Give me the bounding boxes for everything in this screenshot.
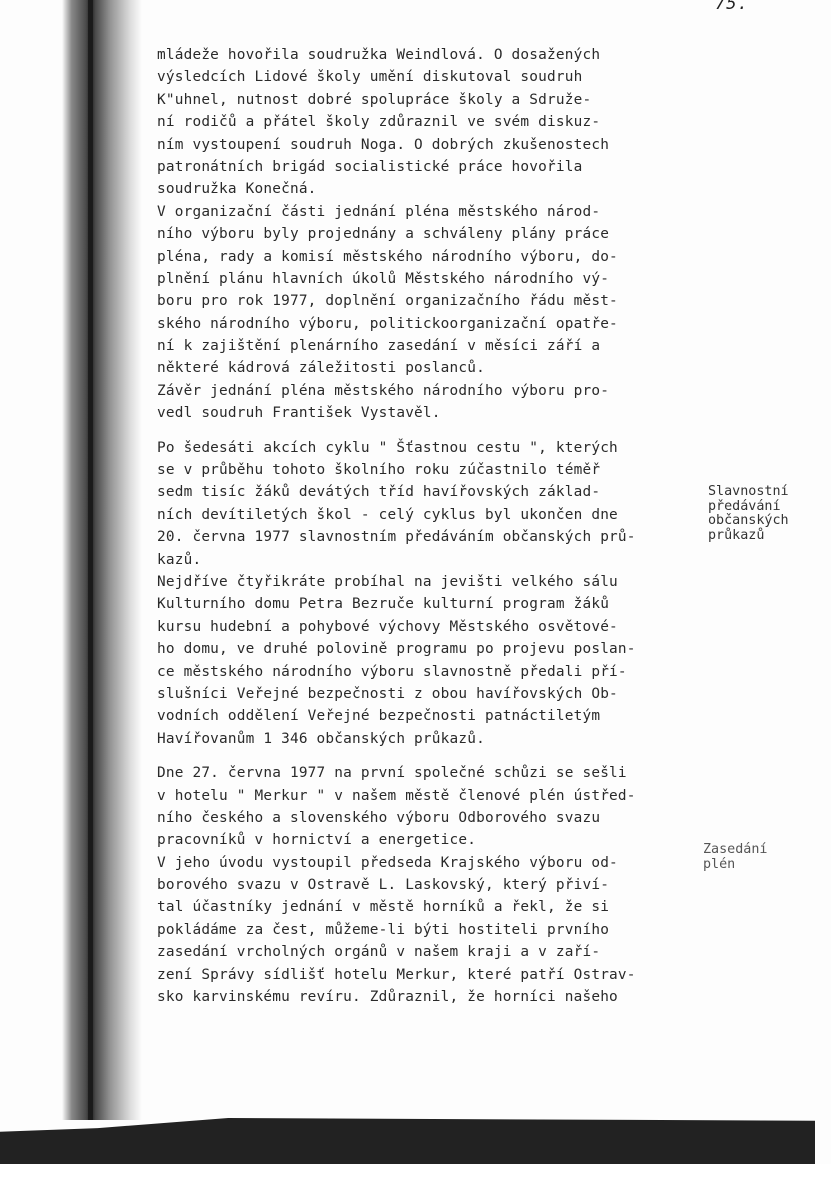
text-line: sedm tisíc žáků devátých tříd havířovský…: [157, 481, 702, 503]
text-line: K"uhnel, nutnost dobré spolupráce školy …: [157, 89, 702, 111]
paragraph: Dne 27. června 1977 na první společné sc…: [157, 762, 702, 852]
text-line: některé kádrová záležitosti poslanců.: [157, 357, 702, 379]
text-line: Nejdříve čtyřikráte probíhal na jevišti …: [157, 571, 702, 593]
text-line: 20. června 1977 slavnostním předáváním o…: [157, 526, 702, 548]
paragraph: Závěr jednání pléna městského národního …: [157, 380, 702, 425]
text-line: zasedání vrcholných orgánů v našem kraji…: [157, 941, 702, 963]
text-line: plnění plánu hlavních úkolů Městského ná…: [157, 268, 702, 290]
text-line: se v průběhu tohoto školního roku zúčast…: [157, 459, 702, 481]
scanned-page: 75. mládeže hovořila soudružka Weindlová…: [0, 0, 831, 1177]
paragraph: V organizační části jednání pléna městsk…: [157, 201, 702, 380]
binding-line: [88, 0, 93, 1120]
text-line: vedl soudruh František Vystavěl.: [157, 402, 702, 424]
paragraph: mládeže hovořila soudružka Weindlová. O …: [157, 44, 702, 201]
scan-margin: [0, 1164, 831, 1177]
text-line: v hotelu " Merkur " v našem městě členov…: [157, 785, 702, 807]
text-line: výsledcích Lidové školy umění diskutoval…: [157, 66, 702, 88]
margin-note-plenary-session: Zasedání plén: [703, 843, 768, 872]
text-line: vodních oddělení Veřejné bezpečnosti pat…: [157, 705, 702, 727]
text-line: ní rodičů a přátel školy zdůraznil ve sv…: [157, 111, 702, 133]
scan-edge-shadow: [0, 1118, 815, 1164]
margin-note-civic-ids: Slavnostní předávání občanských průkazů: [708, 485, 789, 543]
page-number: 75.: [715, 0, 749, 14]
binding-shadow: [62, 0, 142, 1120]
text-line: boru pro rok 1977, doplnění organizačníh…: [157, 290, 702, 312]
text-line: ce městského národního výboru slavnostně…: [157, 661, 702, 683]
text-line: sko karvinskému revíru. Zdůraznil, že ho…: [157, 986, 702, 1008]
text-line: soudružka Konečná.: [157, 178, 702, 200]
text-line: V jeho úvodu vystoupil předseda Krajskéh…: [157, 852, 702, 874]
text-line: ních devítiletých škol - celý cyklus byl…: [157, 504, 702, 526]
text-line: kursu hudební a pohybové výchovy Městské…: [157, 616, 702, 638]
text-line: patronátních brigád socialistické práce …: [157, 156, 702, 178]
text-line: pokládáme za čest, můžeme-li býti hostit…: [157, 919, 702, 941]
text-line: ního výboru byly projednány a schváleny …: [157, 223, 702, 245]
text-line: pléna, rady a komisí městského národního…: [157, 246, 702, 268]
text-line: mládeže hovořila soudružka Weindlová. O …: [157, 44, 702, 66]
text-line: ní k zajištění plenárního zasedání v měs…: [157, 335, 702, 357]
text-line: V organizační části jednání pléna městsk…: [157, 201, 702, 223]
text-line: borového svazu v Ostravě L. Laskovský, k…: [157, 874, 702, 896]
text-line: slušníci Veřejné bezpečnosti z obou haví…: [157, 683, 702, 705]
paragraph: V jeho úvodu vystoupil předseda Krajskéh…: [157, 852, 702, 1009]
text-line: Závěr jednání pléna městského národního …: [157, 380, 702, 402]
paragraph: Nejdříve čtyřikráte probíhal na jevišti …: [157, 571, 702, 750]
text-line: zení Správy sídlišť hotelu Merkur, které…: [157, 964, 702, 986]
text-line: pracovníků v hornictví a energetice.: [157, 829, 702, 851]
typewritten-body: mládeže hovořila soudružka Weindlová. O …: [157, 44, 702, 1008]
text-line: ského národního výboru, politickoorganiz…: [157, 313, 702, 335]
text-line: Dne 27. června 1977 na první společné sc…: [157, 762, 702, 784]
text-line: ho domu, ve druhé polovině programu po p…: [157, 638, 702, 660]
text-line: kazů.: [157, 549, 702, 571]
text-line: ního českého a slovenského výboru Odboro…: [157, 807, 702, 829]
text-line: tal účastníky jednání v městě horníků a …: [157, 896, 702, 918]
text-line: Havířovanům 1 346 občanských průkazů.: [157, 728, 702, 750]
paragraph: Po šedesáti akcích cyklu " Šťastnou cest…: [157, 437, 702, 571]
text-line: Po šedesáti akcích cyklu " Šťastnou cest…: [157, 437, 702, 459]
text-line: Kulturního domu Petra Bezruče kulturní p…: [157, 593, 702, 615]
text-line: ním vystoupení soudruh Noga. O dobrých z…: [157, 134, 702, 156]
